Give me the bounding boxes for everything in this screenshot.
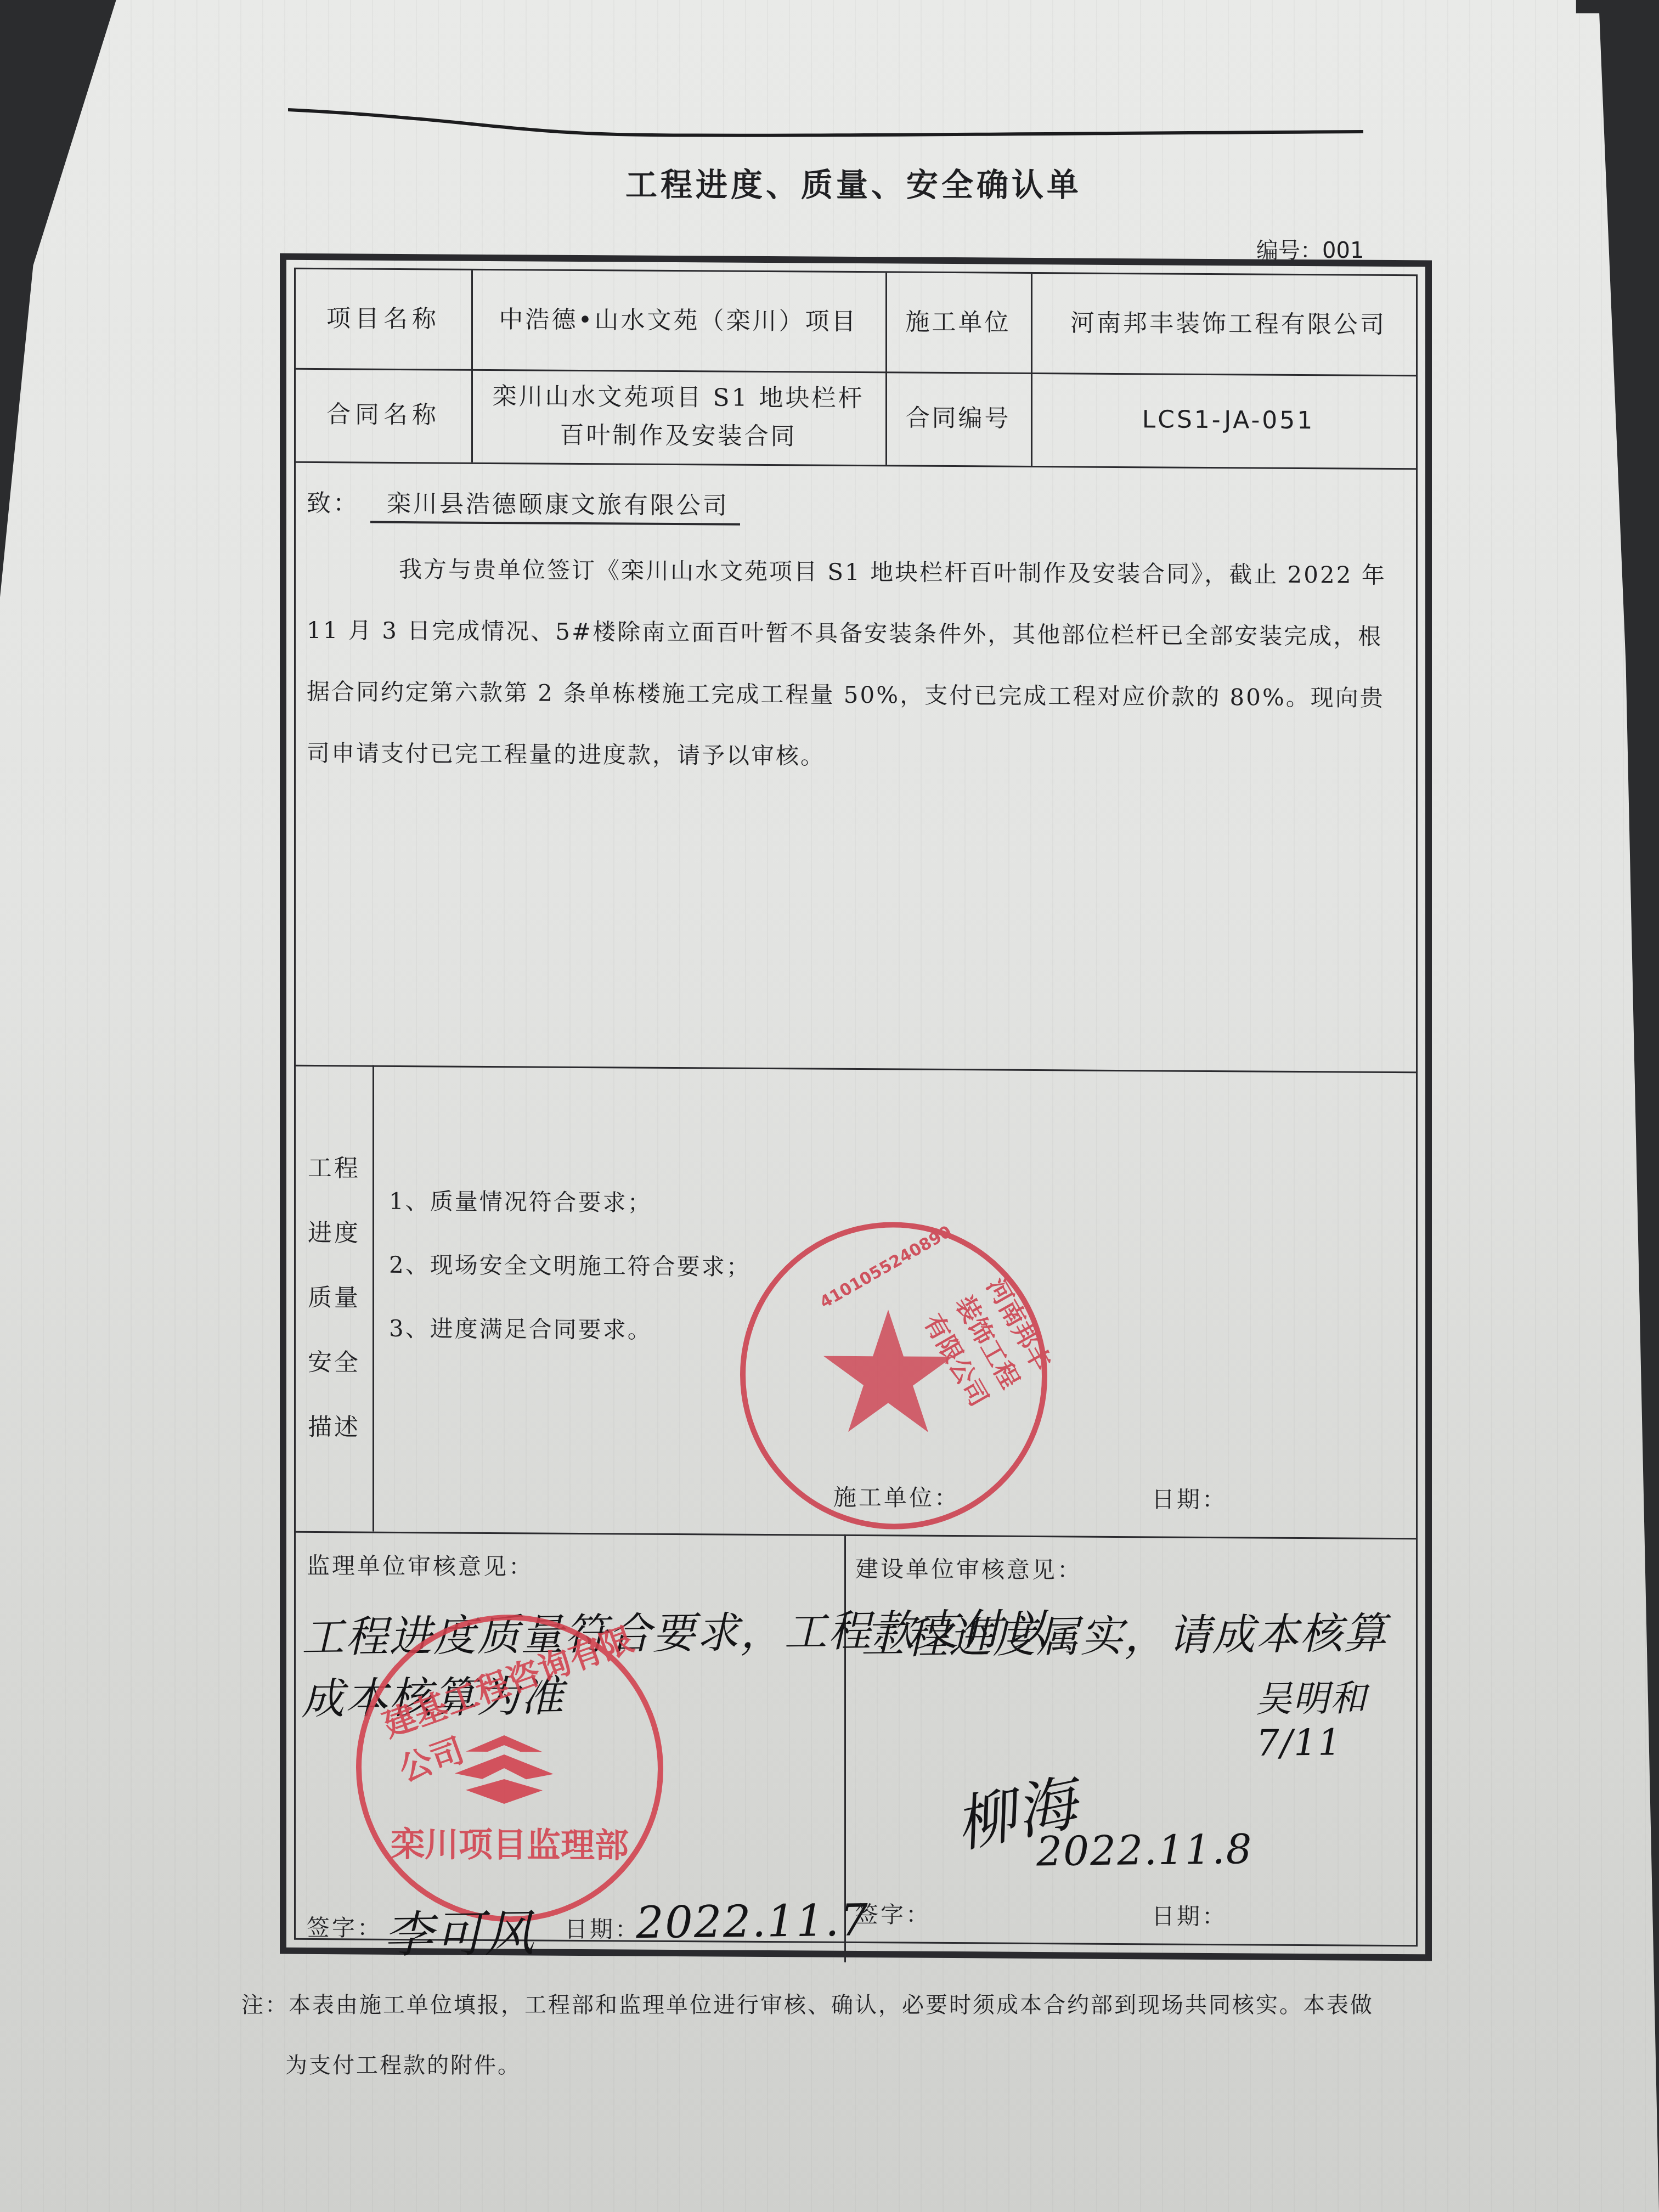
form-table: 项目名称 中浩德•山水文苑（栾川）项目 施工单位 河南邦丰装饰工程有限公司 合同… bbox=[294, 268, 1418, 1947]
contractor-value: 河南邦丰装饰工程有限公司 bbox=[1031, 274, 1426, 375]
description-item: 3、进度满足合同要求。 bbox=[389, 1297, 751, 1363]
contract-name-value: 栾川山水文苑项目 S1 地块栏杆 百叶制作及安装合同 bbox=[471, 369, 885, 465]
supervisor-date-value: 2022.11.7 bbox=[635, 1894, 870, 1948]
side-label-line: 安全 bbox=[308, 1330, 360, 1396]
side-label-line: 工程 bbox=[308, 1136, 360, 1201]
footnote-line2: 为支付工程款的附件。 bbox=[241, 2035, 1472, 2096]
document-title: 工程进度、质量、安全确认单 bbox=[625, 159, 1082, 205]
section-divider bbox=[296, 1065, 1416, 1073]
side-label-line: 描述 bbox=[308, 1395, 360, 1460]
project-name-value: 中浩德•山水文苑（栾川）项目 bbox=[471, 270, 885, 372]
to-label: 致： bbox=[307, 489, 359, 518]
owner-date-label: 日期： bbox=[1152, 1898, 1227, 1932]
project-name-label: 项目名称 bbox=[296, 269, 471, 369]
owner-handwritten-date: 2022.11.8 bbox=[1036, 1826, 1253, 1875]
top-rule-line bbox=[288, 107, 1363, 140]
supervisor-date-label: 日期： bbox=[565, 1911, 640, 1945]
contract-name-line2: 百叶制作及安装合同 bbox=[560, 416, 797, 456]
stamp-center-text: 栾川项目监理部 bbox=[362, 1816, 658, 1867]
recipient-name: 栾川县浩德颐康文旅有限公司 bbox=[370, 490, 740, 526]
contractor-date-label: 日期： bbox=[1152, 1481, 1227, 1515]
supervisor-signature: 李可风 bbox=[383, 1893, 535, 1966]
owner-handwritten-initials: 吴明和 7/11 bbox=[1255, 1668, 1417, 1764]
description-side-label: 工程 进度 质量 安全 描述 bbox=[296, 1065, 373, 1532]
supervisor-review-heading: 监理单位审核意见： bbox=[307, 1548, 534, 1582]
form-frame: 项目名称 中浩德•山水文苑（栾川）项目 施工单位 河南邦丰装饰工程有限公司 合同… bbox=[280, 253, 1432, 1961]
footnote-line1: 注：本表由施工单位填报，工程部和监理单位进行审核、确认，必要时须成本合约部到现场… bbox=[241, 1993, 1374, 2018]
section-divider bbox=[296, 1531, 1416, 1539]
contract-name-label: 合同名称 bbox=[296, 368, 471, 462]
description-item: 2、现场安全文明施工符合要求； bbox=[389, 1233, 751, 1299]
contract-no-value: LCS1-JA-051 bbox=[1031, 373, 1426, 468]
description-item: 1、质量情况符合要求； bbox=[389, 1170, 751, 1235]
col-divider bbox=[373, 1065, 374, 1532]
supervisor-stamp: 建基工程咨询有限公司 栾川项目监理部 bbox=[356, 1613, 663, 1922]
letter-body: 我方与贵单位签订《栾川山水文苑项目 S1 地块栏杆百叶制作及安装合同》，截止 2… bbox=[307, 538, 1394, 791]
contractor-label: 施工单位 bbox=[885, 273, 1031, 373]
owner-handwritten-opinion: 工程进度属实，请成本核算 bbox=[860, 1599, 1388, 1667]
supervisor-sign-label: 签字： bbox=[307, 1910, 382, 1943]
owner-sign-label: 签字： bbox=[855, 1897, 931, 1930]
description-list: 1、质量情况符合要求； 2、现场安全文明施工符合要求； 3、进度满足合同要求。 bbox=[389, 1170, 751, 1363]
side-label-line: 质量 bbox=[308, 1266, 360, 1331]
side-label-line: 进度 bbox=[308, 1201, 360, 1266]
addressee-line: 致：栾川县浩德颐康文旅有限公司 bbox=[307, 483, 740, 521]
contract-name-line1: 栾川山水文苑项目 S1 地块栏杆 bbox=[492, 377, 864, 419]
contractor-sign-label: 施工单位： bbox=[833, 1480, 960, 1513]
contract-no-label: 合同编号 bbox=[885, 371, 1031, 466]
footnote: 注：本表由施工单位填报，工程部和监理单位进行审核、确认，必要时须成本合约部到现场… bbox=[241, 1975, 1472, 2096]
owner-review-heading: 建设单位审核意见： bbox=[855, 1551, 1082, 1585]
